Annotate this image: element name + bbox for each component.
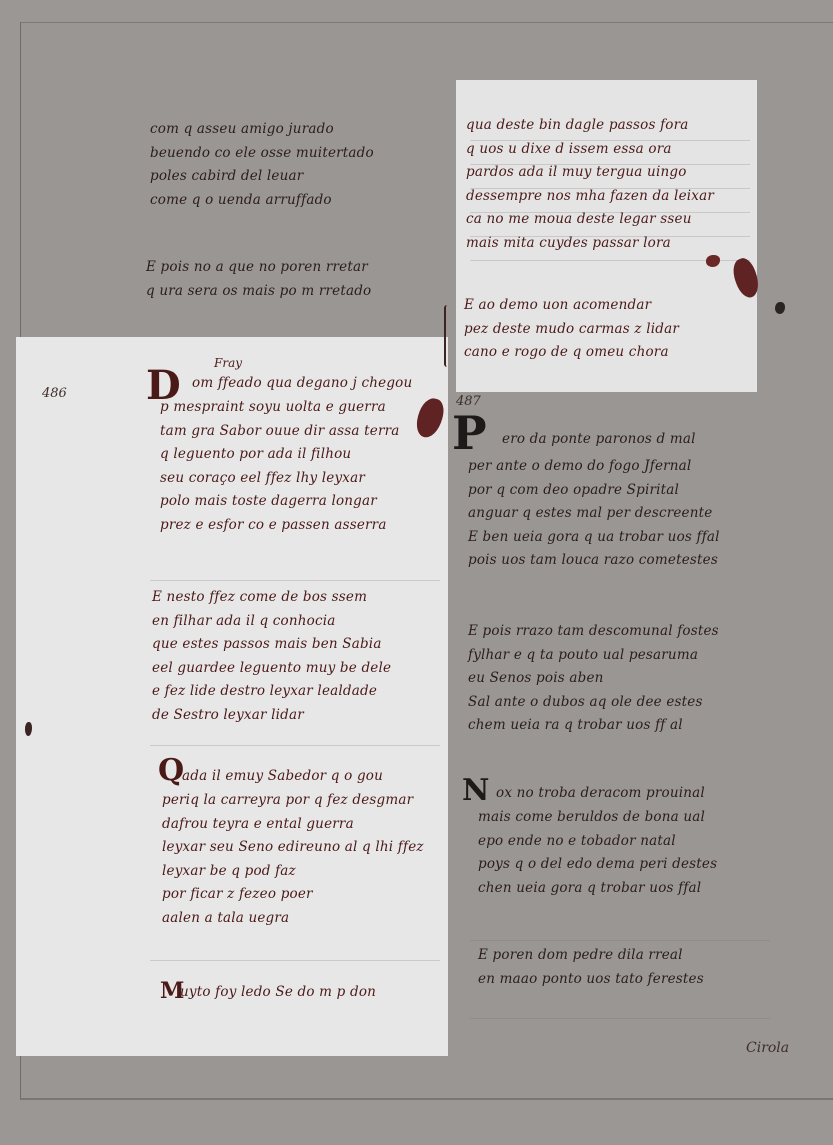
verse-line: E poren dom pedre dila rreal xyxy=(478,944,704,968)
rubric-label: Fray xyxy=(214,356,242,370)
poem-number-486: 486 xyxy=(42,386,67,401)
initial-letter-p: P xyxy=(452,410,487,456)
verse-line: qua deste bin dagle passos fora xyxy=(466,114,714,138)
verse-line: ada il emuy Sabedor q o gou xyxy=(182,765,383,789)
verse-line: tam gra Sabor ouue dir assa terra xyxy=(160,420,400,444)
verse-line: dafrou teyra e ental guerra xyxy=(162,813,424,837)
verse-line: pez deste mudo carmas z lidar xyxy=(464,318,679,342)
verse-line: E pois rrazo tam descomunal fostes xyxy=(468,620,719,644)
verse-line: p mespraint soyu uolta e guerra xyxy=(160,396,400,420)
verse-line: Sal ante o dubos aq ole dee estes xyxy=(468,691,719,715)
verse-line: leyxar seu Seno edireuno al q lhi ffez xyxy=(162,836,424,860)
initial-letter-n: N xyxy=(462,776,489,806)
bracket-mark xyxy=(444,305,450,367)
verse-line: seu coraço eel ffez lhy leyxar xyxy=(160,467,400,491)
verse-line: e fez lide destro leyxar lealdade xyxy=(152,680,391,704)
verse-line: come q o uenda arruffado xyxy=(150,189,374,213)
verse-line: en maao ponto uos tato ferestes xyxy=(478,968,704,992)
verse-line: anguar q estes mal per descreente xyxy=(468,502,720,526)
top-left-stanza-1: com q asseu amigo jurado beuendo co ele … xyxy=(150,118,374,212)
verse-line: dessempre nos mha fazen da leixar xyxy=(466,185,714,209)
verse-line: por ficar z fezeo poer xyxy=(162,883,424,907)
verse-line: q leguento por ada il filhou xyxy=(160,443,400,467)
verse-line: mais mita cuydes passar lora xyxy=(466,232,714,256)
verse-line: polo mais toste dagerra longar xyxy=(160,490,400,514)
verse-line: poys q o del edo dema peri destes xyxy=(478,853,717,877)
verse-line: periq la carreyra por q fez desgmar xyxy=(162,789,424,813)
verse-line: ox no troba deracom prouinal xyxy=(496,782,705,806)
verse-line: com q asseu amigo jurado xyxy=(150,118,374,142)
verse-line: ca no me moua deste legar sseu xyxy=(466,208,714,232)
verse-line: q ura sera os mais po m rretado xyxy=(146,280,371,304)
verse-line: epo ende no e tobador natal xyxy=(478,830,717,854)
verse-line: E pois no a que no poren rretar xyxy=(146,256,371,280)
verse-line: pardos ada il muy tergua uingo xyxy=(466,161,714,185)
verse-line: beuendo co ele osse muitertado xyxy=(150,142,374,166)
verse-line: chem ueia ra q trobar uos ff al xyxy=(468,714,719,738)
right-poem-stanza-1: per ante o demo do fogo Jfernal por q co… xyxy=(468,455,720,573)
verse-line: cano e rogo de q omeu chora xyxy=(464,341,679,365)
left-poem-stanza-3: periq la carreyra por q fez desgmar dafr… xyxy=(162,789,424,930)
verse-line: prez e esfor co e passen asserra xyxy=(160,514,400,538)
verse-line: ero da ponte paronos d mal xyxy=(502,428,696,452)
top-left-stanza-2: E pois no a que no poren rretar q ura se… xyxy=(146,256,371,303)
verse-line: om ffeado qua degano j chegou xyxy=(192,372,412,396)
left-poem-stanza-2: E nesto ffez come de bos ssem en filhar … xyxy=(152,586,391,727)
initial-letter-q: Q xyxy=(158,756,184,786)
catchword: Cirola xyxy=(746,1040,789,1056)
verse-line: leyxar be q pod faz xyxy=(162,860,424,884)
verse-line: uyto foy ledo Se do m p don xyxy=(180,981,376,1005)
verse-line: de Sestro leyxar lidar xyxy=(152,704,391,728)
right-poem-stanza-3-first: ox no troba deracom prouinal xyxy=(496,782,705,806)
left-poem-stanza-1: p mespraint soyu uolta e guerra tam gra … xyxy=(160,396,400,537)
right-poem-stanza-2: E pois rrazo tam descomunal fostes fylha… xyxy=(468,620,719,738)
left-poem-stanza-3-first: ada il emuy Sabedor q o gou xyxy=(182,765,383,789)
verse-line: eu Senos pois aben xyxy=(468,667,719,691)
verse-line: por q com deo opadre Spirital xyxy=(468,479,720,503)
top-right-stanza-1: qua deste bin dagle passos fora q uos u … xyxy=(466,114,714,255)
left-poem-stanza-4: uyto foy ledo Se do m p don xyxy=(180,981,376,1005)
right-poem-stanza-3: mais come beruldos de bona ual epo ende … xyxy=(478,806,717,900)
verse-line: E ben ueia gora q ua trobar uos ffal xyxy=(468,526,720,550)
verse-line: q uos u dixe d issem essa ora xyxy=(466,138,714,162)
verse-line: eel guardee leguento muy be dele xyxy=(152,657,391,681)
right-poem-stanza-4: E poren dom pedre dila rreal en maao pon… xyxy=(478,944,704,991)
verse-line: chen ueia gora q trobar uos ffal xyxy=(478,877,717,901)
verse-line: mais come beruldos de bona ual xyxy=(478,806,717,830)
left-poem-stanza-1-first: om ffeado qua degano j chegou xyxy=(192,372,412,396)
verse-line: poles cabird del leuar xyxy=(150,165,374,189)
verse-line: fylhar e q ta pouto ual pesaruma xyxy=(468,644,719,668)
right-poem-stanza-1-first: ero da ponte paronos d mal xyxy=(502,428,696,452)
verse-line: per ante o demo do fogo Jfernal xyxy=(468,455,720,479)
top-right-stanza-2: E ao demo uon acomendar pez deste mudo c… xyxy=(464,294,679,365)
verse-line: aalen a tala uegra xyxy=(162,907,424,931)
verse-line: E ao demo uon acomendar xyxy=(464,294,679,318)
verse-line: E nesto ffez come de bos ssem xyxy=(152,586,391,610)
verse-line: pois uos tam louca razo cometestes xyxy=(468,549,720,573)
verse-line: que estes passos mais ben Sabia xyxy=(152,633,391,657)
verse-line: en filhar ada il q conhocia xyxy=(152,610,391,634)
